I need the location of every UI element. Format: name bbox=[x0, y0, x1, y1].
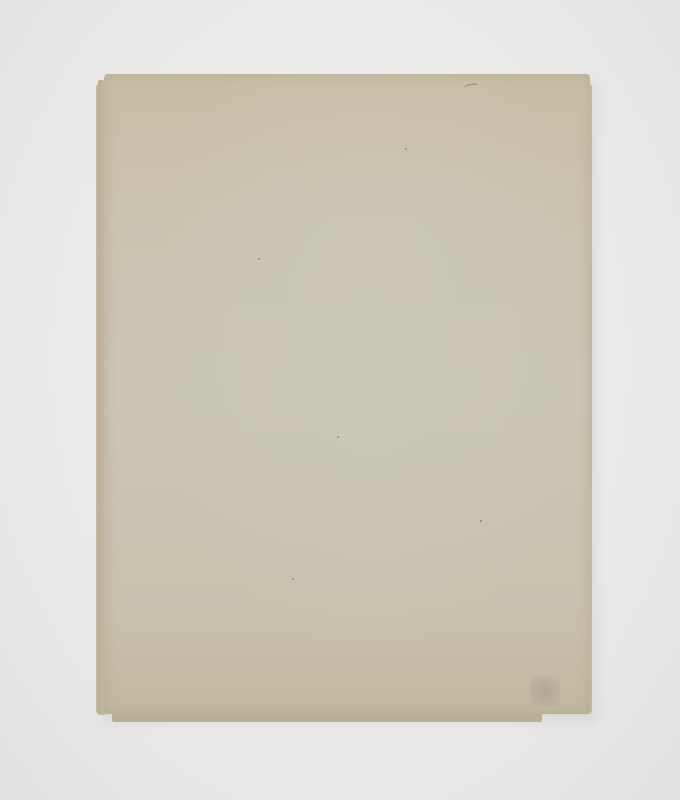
paper-speck bbox=[258, 258, 260, 260]
paper-stain bbox=[530, 676, 560, 706]
blank-paper-cover bbox=[104, 74, 590, 714]
paper-speck bbox=[337, 436, 339, 438]
paper-speck bbox=[405, 148, 407, 150]
paper-speck bbox=[292, 578, 294, 580]
paper-speck bbox=[480, 520, 482, 522]
